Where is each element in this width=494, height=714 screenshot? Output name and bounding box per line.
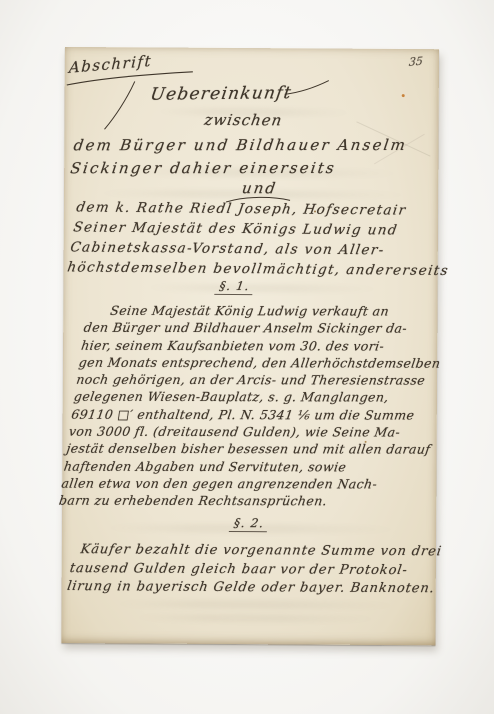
document-title: Uebereinkunft bbox=[149, 83, 293, 105]
verso-show-through bbox=[65, 47, 439, 49]
title-end-flourish bbox=[283, 78, 333, 98]
section-2-paragraph: Käufer bezahlt die vorgenannte Summe von… bbox=[66, 541, 443, 599]
manuscript-line: Sickinger dahier einerseits bbox=[69, 157, 406, 180]
manuscript-line: gelegenen Wiesen-Bauplatz, s. g. Manglan… bbox=[73, 388, 439, 406]
manuscript-line: haftenden Abgaben und Servituten, sowie bbox=[63, 457, 429, 475]
photo-background: Abschrift 35 Uebereinkunft zwischen dem … bbox=[0, 0, 494, 714]
party-b-paragraph: dem k. Rathe Riedl Joseph, Hofsecretair … bbox=[66, 197, 460, 281]
manuscript-line: gen Monats entsprechend, den Allerhöchst… bbox=[78, 354, 444, 372]
abschrift-underline-flourish bbox=[64, 69, 204, 140]
manuscript-line: Käufer bezahlt die vorgenannte Summe von… bbox=[71, 541, 443, 562]
manuscript-line: Seine Majestät König Ludwig verkauft an bbox=[85, 302, 451, 320]
party-a-paragraph: dem Bürger und Bildhauer Anselm Sickinge… bbox=[69, 134, 409, 180]
section-1-mark: §. 1. bbox=[215, 279, 255, 293]
manuscript-line: lirung in bayerisch Gelde oder bayer. Ba… bbox=[66, 578, 438, 599]
section-1-mark-label: §. 1. bbox=[214, 279, 254, 295]
manuscript-line: jestät denselben bisher besessen und mit… bbox=[65, 440, 431, 458]
manuscript-line: 69110 □′ enthaltend, Pl. N. 5341 ⅙ um di… bbox=[70, 405, 436, 423]
manuscript-line: höchstdemselben bevollmächtigt, anderers… bbox=[66, 257, 451, 281]
page-number: 35 bbox=[408, 54, 423, 69]
section-2-mark-label: §. 2. bbox=[229, 516, 269, 532]
manuscript-line: barn zu erhebenden Rechtsansprüchen. bbox=[58, 492, 424, 510]
section-1-paragraph: Seine Majestät König Ludwig verkauft an … bbox=[58, 302, 452, 510]
manuscript-line: von 3000 fl. (dreitausend Gulden), wie S… bbox=[68, 423, 434, 441]
foxing-speck bbox=[402, 94, 405, 97]
section-2-mark: §. 2. bbox=[229, 516, 269, 530]
manuscript-line: hier, seinem Kaufsanbieten vom 30. des v… bbox=[80, 336, 446, 354]
manuscript-line: tausend Gulden gleich baar vor der Proto… bbox=[68, 560, 440, 581]
manuscript-line: allen etwa von den gegen angrenzenden Na… bbox=[60, 475, 426, 493]
manuscript-line: den Bürger und Bildhauer Anselm Sickinge… bbox=[83, 319, 449, 337]
document-subtitle: zwischen bbox=[203, 111, 284, 129]
manuscript-paper: Abschrift 35 Uebereinkunft zwischen dem … bbox=[61, 47, 439, 645]
manuscript-line: dem Bürger und Bildhauer Anselm bbox=[72, 134, 409, 157]
manuscript-line: noch gehörigen, an der Arcis- und Theres… bbox=[75, 371, 441, 389]
